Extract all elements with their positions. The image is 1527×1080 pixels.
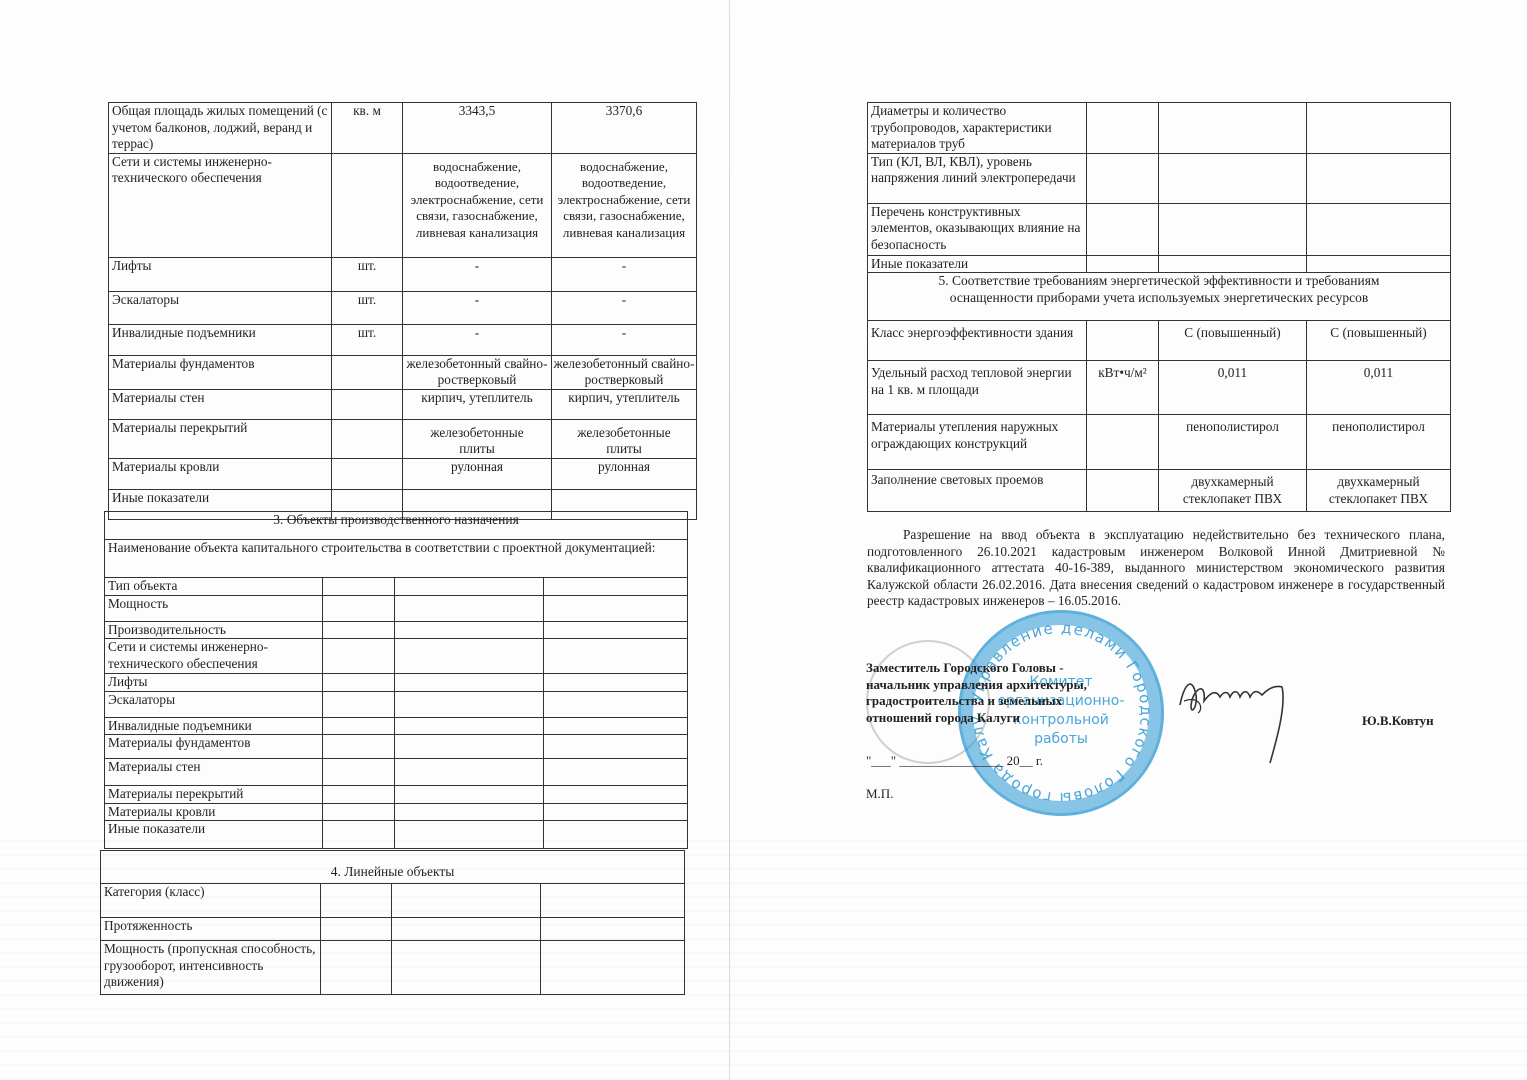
- project-value: рулонная: [403, 458, 552, 489]
- linear-objects-table: 4. Линейные объекты Категория (класс) Пр…: [100, 850, 685, 995]
- table-row: Категория (класс): [101, 884, 685, 918]
- signatory-name: Ю.В.Ковтун: [1362, 713, 1434, 730]
- table-row: Тип (КЛ, ВЛ, КВЛ), уровень напряжения ли…: [868, 153, 1451, 203]
- unit-cell: кв. м: [332, 103, 403, 154]
- actual-value: железобетонный свайно-ростверковый: [552, 355, 697, 389]
- table-row: Материалы перекрытий железобетонные плит…: [109, 419, 697, 458]
- section3-block: 3. Объекты производственного назначения …: [104, 511, 688, 849]
- actual-value: пенополистирол: [1307, 415, 1451, 470]
- industrial-table: 3. Объекты производственного назначения …: [104, 511, 688, 849]
- row-label: Перечень конструктивных элементов, оказы…: [868, 203, 1087, 255]
- signatory-line: отношений города Калуги: [866, 710, 1087, 727]
- object-name-label: Наименование объекта капитального строит…: [105, 540, 688, 578]
- unit-cell: [1087, 415, 1159, 470]
- row-label: Общая площадь жилых помещений (с учетом …: [109, 103, 332, 154]
- section4-title: 4. Линейные объекты: [101, 851, 685, 884]
- table-row: Сети и системы инженерно-технического об…: [105, 639, 688, 674]
- row-label: Тип объекта: [105, 578, 323, 596]
- name-row: Наименование объекта капитального строит…: [105, 540, 688, 578]
- stamp-line: работы: [961, 730, 1161, 749]
- actual-value: -: [552, 324, 697, 355]
- row-label: Категория (класс): [101, 884, 321, 918]
- row-label: Эскалаторы: [109, 291, 332, 324]
- project-value: железобетонные плиты: [403, 419, 552, 458]
- row-label: Мощность (пропускная способность, грузоо…: [101, 941, 321, 995]
- table-row: Материалы перекрытий: [105, 786, 688, 804]
- row-label: Производительность: [105, 621, 323, 639]
- unit-cell: [1087, 470, 1159, 512]
- table-row: Материалы утепления наружных ограждающих…: [868, 415, 1451, 470]
- left-page: Общая площадь жилых помещений (с учетом …: [108, 102, 697, 520]
- row-label: Материалы стен: [109, 389, 332, 419]
- row-label: Иные показатели: [868, 255, 1087, 273]
- unit-cell: [332, 419, 403, 458]
- project-value: пенополистирол: [1159, 415, 1307, 470]
- row-label: Протяженность: [101, 918, 321, 941]
- row-label: Материалы перекрытий: [109, 419, 332, 458]
- unit-cell: [332, 389, 403, 419]
- table-row: Общая площадь жилых помещений (с учетом …: [109, 103, 697, 154]
- row-label: Материалы перекрытий: [105, 786, 323, 804]
- signatory-line: градостроительства и земельных: [866, 693, 1087, 710]
- unit-cell: [1087, 321, 1159, 361]
- page-fold: [729, 0, 730, 1080]
- unit-cell: шт.: [332, 257, 403, 291]
- table-row: Мощность: [105, 595, 688, 621]
- unit-cell: [332, 355, 403, 389]
- table-row: Производительность: [105, 621, 688, 639]
- row-label: Материалы кровли: [109, 458, 332, 489]
- row-label: Диаметры и количество трубопроводов, хар…: [868, 103, 1087, 154]
- actual-value: С (повышенный): [1307, 321, 1451, 361]
- unit-cell: [332, 153, 403, 257]
- table-row: Материалы кровли: [105, 803, 688, 821]
- table-row: Иные показатели: [868, 255, 1451, 273]
- project-value: 0,011: [1159, 361, 1307, 415]
- actual-value: водоснабжение, водоотведение, электросна…: [552, 153, 697, 257]
- table-row: Лифты: [105, 674, 688, 692]
- row-label: Материалы кровли: [105, 803, 323, 821]
- row-label: Эскалаторы: [105, 691, 323, 717]
- table-row: Диаметры и количество трубопроводов, хар…: [868, 103, 1451, 154]
- row-label: Удельный расход тепловой энергии на 1 кв…: [868, 361, 1087, 415]
- row-label: Материалы стен: [105, 759, 323, 786]
- table-row: Материалы кровли рулонная рулонная: [109, 458, 697, 489]
- project-value: 3343,5: [403, 103, 552, 154]
- project-value: -: [403, 324, 552, 355]
- project-value: -: [403, 257, 552, 291]
- unit-cell: шт.: [332, 324, 403, 355]
- project-value: кирпич, утеплитель: [403, 389, 552, 419]
- row-label: Тип (КЛ, ВЛ, КВЛ), уровень напряжения ли…: [868, 153, 1087, 203]
- row-label: Мощность: [105, 595, 323, 621]
- date-line: "___" ________________ 20__ г.: [866, 753, 1043, 769]
- project-value: двухкамерный стеклопакет ПВХ: [1159, 470, 1307, 512]
- right-page: Диаметры и количество трубопроводов, хар…: [867, 102, 1451, 512]
- table-row: Инвалидные подъемники шт. - -: [109, 324, 697, 355]
- actual-value: рулонная: [552, 458, 697, 489]
- table-row: Иные показатели: [105, 821, 688, 849]
- actual-value: 0,011: [1307, 361, 1451, 415]
- actual-value: -: [552, 291, 697, 324]
- row-label: Сети и системы инженерно-технического об…: [109, 153, 332, 257]
- residential-table: Общая площадь жилых помещений (с учетом …: [108, 102, 697, 520]
- handwritten-signature: [1170, 665, 1300, 765]
- actual-value: кирпич, утеплитель: [552, 389, 697, 419]
- table-row: Материалы фундаментов: [105, 735, 688, 759]
- technical-plan-note: Разрешение на ввод объекта в эксплуатаци…: [867, 527, 1445, 610]
- actual-value: двухкамерный стеклопакет ПВХ: [1307, 470, 1451, 512]
- project-value: железобетонный свайно-ростверковый: [403, 355, 552, 389]
- table-row: Материалы фундаментов железобетонный сва…: [109, 355, 697, 389]
- section3-title: 3. Объекты производственного назначения: [105, 512, 688, 540]
- row-label: Инвалидные подъемники: [105, 717, 323, 735]
- unit-cell: шт.: [332, 291, 403, 324]
- table-row: Инвалидные подъемники: [105, 717, 688, 735]
- table-row: Эскалаторы шт. - -: [109, 291, 697, 324]
- table-row: Лифты шт. - -: [109, 257, 697, 291]
- table-row: Перечень конструктивных элементов, оказы…: [868, 203, 1451, 255]
- row-label: Сети и системы инженерно-технического об…: [105, 639, 323, 674]
- table-row: Протяженность: [101, 918, 685, 941]
- table-row: Заполнение световых проемов двухкамерный…: [868, 470, 1451, 512]
- row-label: Лифты: [105, 674, 323, 692]
- table-row: Мощность (пропускная способность, грузоо…: [101, 941, 685, 995]
- project-value: -: [403, 291, 552, 324]
- section5-title: 5. Соответствие требованиям энергетическ…: [868, 273, 1451, 321]
- project-value: С (повышенный): [1159, 321, 1307, 361]
- table-row: Материалы стен: [105, 759, 688, 786]
- table-row: Удельный расход тепловой энергии на 1 кв…: [868, 361, 1451, 415]
- section-header-row: 5. Соответствие требованиям энергетическ…: [868, 273, 1451, 321]
- row-label: Инвалидные подъемники: [109, 324, 332, 355]
- row-label: Материалы фундаментов: [105, 735, 323, 759]
- section5-title-line1: 5. Соответствие требованиям энергетическ…: [871, 273, 1447, 290]
- section4-block: 4. Линейные объекты Категория (класс) Пр…: [100, 850, 685, 995]
- actual-value: железобетонные плиты: [552, 419, 697, 458]
- table-row: Класс энергоэффективности здания С (повы…: [868, 321, 1451, 361]
- signatory-line: Заместитель Городского Головы -: [866, 660, 1087, 677]
- project-value: водоснабжение, водоотведение, электросна…: [403, 153, 552, 257]
- section-header-row: 4. Линейные объекты: [101, 851, 685, 884]
- actual-value: -: [552, 257, 697, 291]
- row-label: Класс энергоэффективности здания: [868, 321, 1087, 361]
- actual-value: 3370,6: [552, 103, 697, 154]
- table-row: Материалы стен кирпич, утеплитель кирпич…: [109, 389, 697, 419]
- table-row: Сети и системы инженерно-технического об…: [109, 153, 697, 257]
- table-row: Тип объекта: [105, 578, 688, 596]
- row-label: Иные показатели: [105, 821, 323, 849]
- row-label: Материалы утепления наружных ограждающих…: [868, 415, 1087, 470]
- unit-cell: кВт•ч/м²: [1087, 361, 1159, 415]
- signatory-line: начальник управления архитектуры,: [866, 677, 1087, 694]
- signatory-title: Заместитель Городского Головы - начальни…: [866, 660, 1087, 726]
- seal-label: М.П.: [866, 786, 893, 802]
- row-label: Лифты: [109, 257, 332, 291]
- row-label: Заполнение световых проемов: [868, 470, 1087, 512]
- linear-details-table: Диаметры и количество трубопроводов, хар…: [867, 102, 1451, 512]
- row-label: Материалы фундаментов: [109, 355, 332, 389]
- section5-title-line2: оснащенности приборами учета используемы…: [871, 290, 1447, 307]
- unit-cell: [332, 458, 403, 489]
- section-header-row: 3. Объекты производственного назначения: [105, 512, 688, 540]
- table-row: Эскалаторы: [105, 691, 688, 717]
